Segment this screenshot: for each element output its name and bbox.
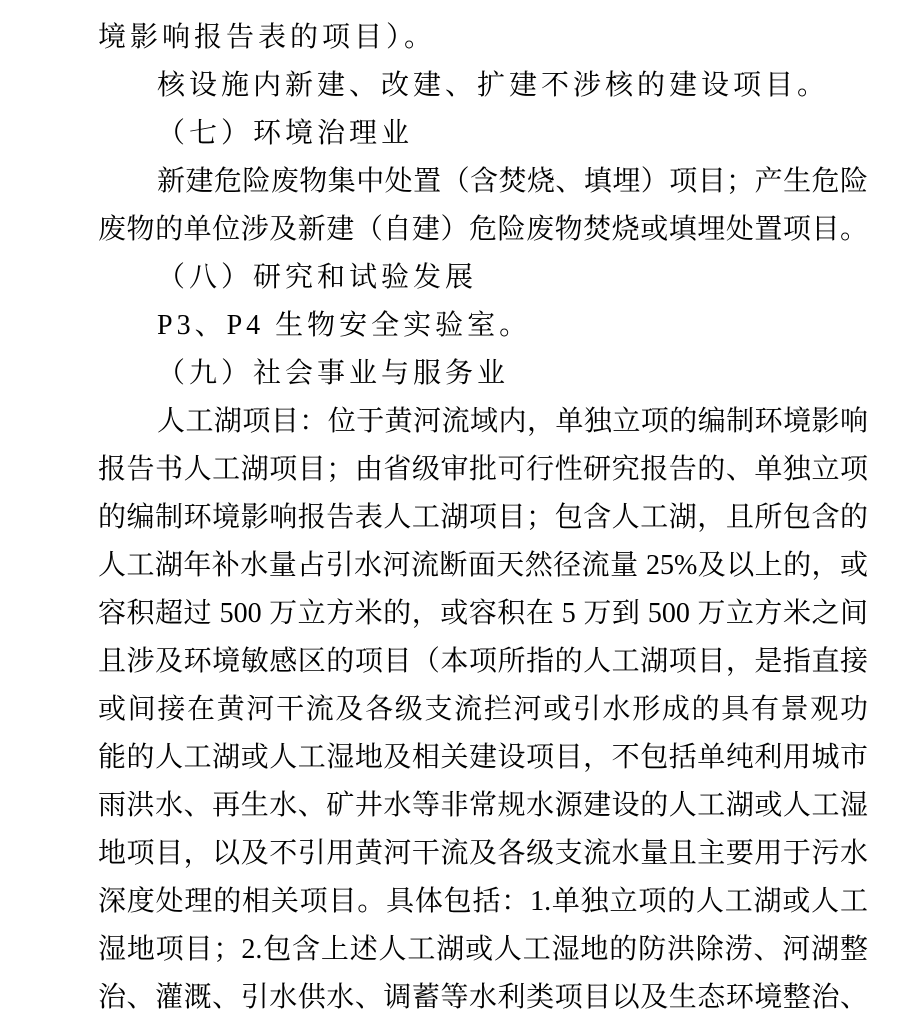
text-line: 能的人工湖或人工湿地及相关建设项目，不包括单纯利用城市 <box>98 734 868 782</box>
section-heading-8: （八）研究和试验发展 <box>98 254 868 302</box>
text-line: 治、灌溉、引水供水、调蓄等水利类项目以及生态环境整治、 <box>98 974 868 1022</box>
document-page: 境影响报告表的项目）。 核设施内新建、改建、扩建不涉核的建设项目。 （七）环境治… <box>0 0 913 1030</box>
text-line: 核设施内新建、改建、扩建不涉核的建设项目。 <box>98 62 868 110</box>
text-line: 境影响报告表的项目）。 <box>98 14 868 62</box>
text-line: 雨洪水、再生水、矿井水等非常规水源建设的人工湖或人工湿 <box>98 782 868 830</box>
section-heading-9: （九）社会事业与服务业 <box>98 350 868 398</box>
text-line: 深度处理的相关项目。具体包括：1.单独立项的人工湖或人工 <box>98 878 868 926</box>
text-line: 湿地项目；2.包含上述人工湖或人工湿地的防洪除涝、河湖整 <box>98 926 868 974</box>
text-line: 报告书人工湖项目；由省级审批可行性研究报告的、单独立项 <box>98 446 868 494</box>
section-heading-7: （七）环境治理业 <box>98 110 868 158</box>
text-line: 人工湖项目：位于黄河流域内，单独立项的编制环境影响 <box>98 398 868 446</box>
text-line: 且涉及环境敏感区的项目（本项所指的人工湖项目，是指直接 <box>98 638 868 686</box>
text-line: 的编制环境影响报告表人工湖项目；包含人工湖，且所包含的 <box>98 494 868 542</box>
text-line: 容积超过 500 万立方米的，或容积在 5 万到 500 万立方米之间 <box>98 590 868 638</box>
text-line: 或间接在黄河干流及各级支流拦河或引水形成的具有景观功 <box>98 686 868 734</box>
text-line: 废物的单位涉及新建（自建）危险废物焚烧或填埋处置项目。 <box>98 206 868 254</box>
text-line: 人工湖年补水量占引水河流断面天然径流量 25%及以上的，或 <box>98 542 868 590</box>
text-line: 地项目，以及不引用黄河干流及各级支流水量且主要用于污水 <box>98 830 868 878</box>
text-line: P3、P4 生物安全实验室。 <box>98 302 868 350</box>
text-line: 新建危险废物集中处置（含焚烧、填埋）项目；产生危险 <box>98 158 868 206</box>
